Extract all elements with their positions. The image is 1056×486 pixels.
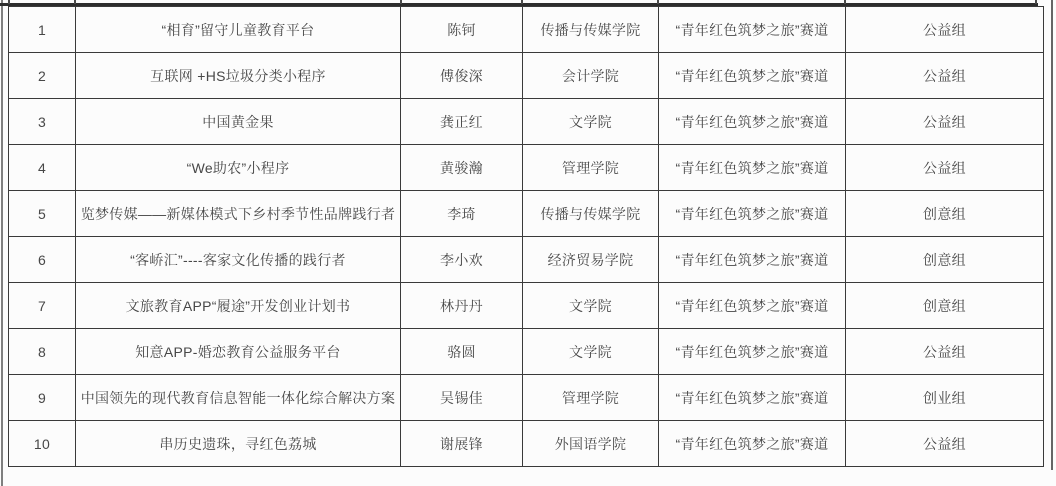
cell-group: 公益组	[846, 145, 1044, 191]
table-row: 2互联网 +HS垃圾分类小程序傅俊深会计学院“青年红色筑梦之旅”赛道公益组	[9, 53, 1044, 99]
cell-index: 5	[9, 191, 76, 237]
column-border-tick	[844, 0, 846, 4]
column-border-tick	[657, 0, 659, 4]
cell-track: “青年红色筑梦之旅”赛道	[659, 99, 846, 145]
cell-college: 经济贸易学院	[523, 237, 659, 283]
cell-leader-name: 骆圆	[401, 329, 523, 375]
cell-index: 3	[9, 99, 76, 145]
cell-college: 管理学院	[523, 145, 659, 191]
table-row: 8知意APP-婚恋教育公益服务平台骆圆文学院“青年红色筑梦之旅”赛道公益组	[9, 329, 1044, 375]
cell-index: 10	[9, 421, 76, 467]
column-border-tick	[521, 0, 523, 4]
column-border-tick	[1035, 0, 1037, 4]
cell-college: 文学院	[523, 329, 659, 375]
table-row: 1“相育”留守儿童教育平台陈钶传播与传媒学院“青年红色筑梦之旅”赛道公益组	[9, 7, 1044, 53]
cell-leader-name: 黄骏瀚	[401, 145, 523, 191]
cell-index: 1	[9, 7, 76, 53]
cell-project-name: 中国黄金果	[76, 99, 401, 145]
cell-group: 创业组	[846, 375, 1044, 421]
cell-leader-name: 林丹丹	[401, 283, 523, 329]
cell-track: “青年红色筑梦之旅”赛道	[659, 145, 846, 191]
cell-leader-name: 陈钶	[401, 7, 523, 53]
cell-project-name: 中国领先的现代教育信息智能一体化综合解决方案	[76, 375, 401, 421]
cell-project-name: 知意APP-婚恋教育公益服务平台	[76, 329, 401, 375]
cell-group: 创意组	[846, 191, 1044, 237]
cell-project-name: 览梦传媒——新媒体模式下乡村季节性品牌践行者	[76, 191, 401, 237]
cell-leader-name: 李琦	[401, 191, 523, 237]
table-body: 1“相育”留守儿童教育平台陈钶传播与传媒学院“青年红色筑梦之旅”赛道公益组2互联…	[9, 7, 1044, 467]
cell-leader-name: 吴锡佳	[401, 375, 523, 421]
cell-project-name: 互联网 +HS垃圾分类小程序	[76, 53, 401, 99]
right-crop-edge-line	[1051, 0, 1053, 470]
cell-index: 8	[9, 329, 76, 375]
project-list-table: 1“相育”留守儿童教育平台陈钶传播与传媒学院“青年红色筑梦之旅”赛道公益组2互联…	[8, 6, 1044, 467]
cell-index: 7	[9, 283, 76, 329]
cell-track: “青年红色筑梦之旅”赛道	[659, 237, 846, 283]
cell-index: 6	[9, 237, 76, 283]
left-crop-edge-line	[1, 0, 3, 486]
cell-project-name: 串历史遗珠，寻红色荔城	[76, 421, 401, 467]
cell-leader-name: 傅俊深	[401, 53, 523, 99]
cell-college: 文学院	[523, 283, 659, 329]
cell-group: 创意组	[846, 237, 1044, 283]
cell-college: 文学院	[523, 99, 659, 145]
cell-group: 公益组	[846, 99, 1044, 145]
cell-project-name: “相育”留守儿童教育平台	[76, 7, 401, 53]
cell-group: 公益组	[846, 421, 1044, 467]
table-row: 5览梦传媒——新媒体模式下乡村季节性品牌践行者李琦传播与传媒学院“青年红色筑梦之…	[9, 191, 1044, 237]
table-row: 3中国黄金果龚正红文学院“青年红色筑梦之旅”赛道公益组	[9, 99, 1044, 145]
cell-group: 公益组	[846, 53, 1044, 99]
cell-index: 2	[9, 53, 76, 99]
cell-group: 公益组	[846, 329, 1044, 375]
column-border-tick	[400, 0, 402, 4]
cell-leader-name: 李小欢	[401, 237, 523, 283]
cell-index: 9	[9, 375, 76, 421]
scanned-table-page: 1“相育”留守儿童教育平台陈钶传播与传媒学院“青年红色筑梦之旅”赛道公益组2互联…	[0, 0, 1056, 486]
table-row: 7文旅教育APP“履途”开发创业计划书林丹丹文学院“青年红色筑梦之旅”赛道创意组	[9, 283, 1044, 329]
column-border-tick	[8, 0, 10, 4]
cell-track: “青年红色筑梦之旅”赛道	[659, 421, 846, 467]
table-row: 4“We助农”小程序黄骏瀚管理学院“青年红色筑梦之旅”赛道公益组	[9, 145, 1044, 191]
table-row: 9中国领先的现代教育信息智能一体化综合解决方案吴锡佳管理学院“青年红色筑梦之旅”…	[9, 375, 1044, 421]
cell-college: 外国语学院	[523, 421, 659, 467]
cell-group: 公益组	[846, 7, 1044, 53]
cell-track: “青年红色筑梦之旅”赛道	[659, 7, 846, 53]
cell-project-name: “We助农”小程序	[76, 145, 401, 191]
cell-track: “青年红色筑梦之旅”赛道	[659, 329, 846, 375]
cell-college: 传播与传媒学院	[523, 191, 659, 237]
cell-track: “青年红色筑梦之旅”赛道	[659, 53, 846, 99]
table-row: 10串历史遗珠，寻红色荔城谢展锋外国语学院“青年红色筑梦之旅”赛道公益组	[9, 421, 1044, 467]
table-row: 6“客峤汇”----客家文化传播的践行者李小欢经济贸易学院“青年红色筑梦之旅”赛…	[9, 237, 1044, 283]
cell-college: 会计学院	[523, 53, 659, 99]
cell-college: 传播与传媒学院	[523, 7, 659, 53]
cell-project-name: 文旅教育APP“履途”开发创业计划书	[76, 283, 401, 329]
cell-group: 创意组	[846, 283, 1044, 329]
cell-track: “青年红色筑梦之旅”赛道	[659, 191, 846, 237]
cell-project-name: “客峤汇”----客家文化传播的践行者	[76, 237, 401, 283]
cell-leader-name: 龚正红	[401, 99, 523, 145]
cell-leader-name: 谢展锋	[401, 421, 523, 467]
cell-track: “青年红色筑梦之旅”赛道	[659, 283, 846, 329]
cell-index: 4	[9, 145, 76, 191]
cell-track: “青年红色筑梦之旅”赛道	[659, 375, 846, 421]
cell-college: 管理学院	[523, 375, 659, 421]
column-border-tick	[74, 0, 76, 4]
